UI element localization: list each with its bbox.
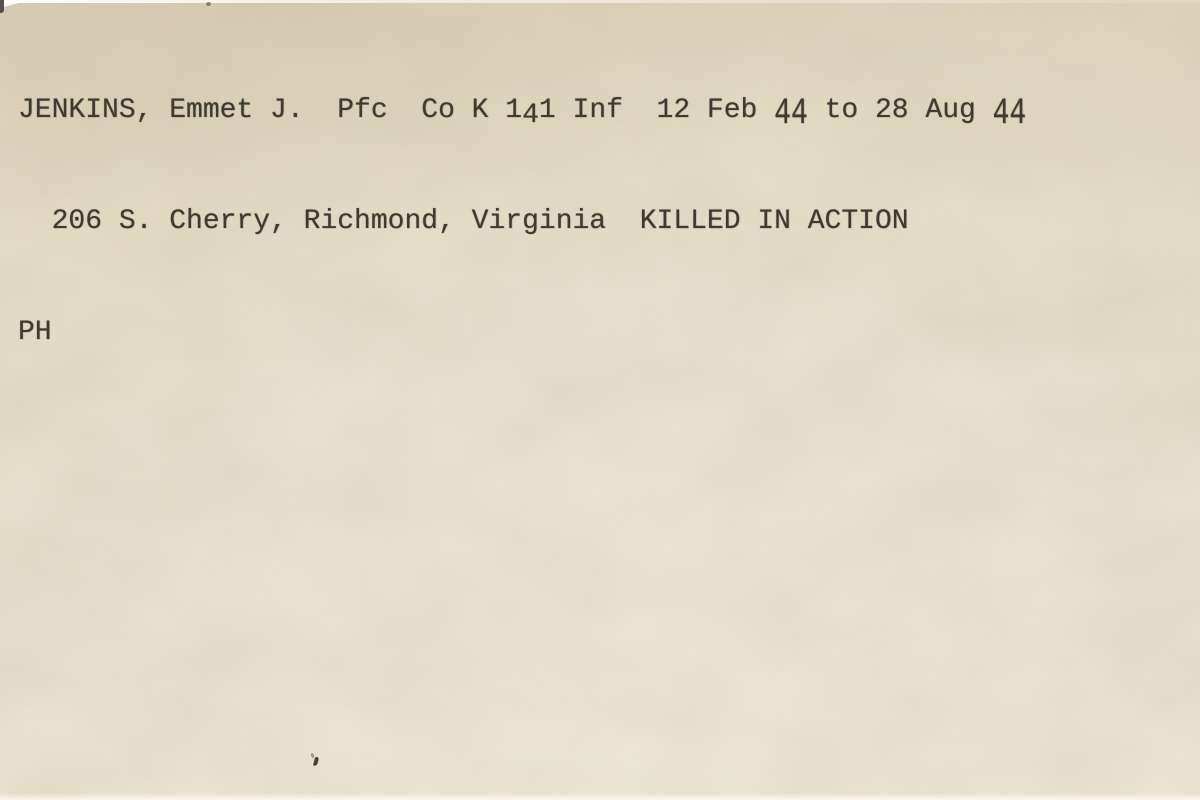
top-edge-speck: [206, 2, 211, 6]
dropped-four-glyph: 4: [522, 97, 539, 134]
scan-edge-corner-wedge: [0, 0, 30, 8]
service-line-text: to 28 Aug: [808, 95, 993, 126]
corner-ink-mark: [0, 0, 4, 13]
year-44-glyph: 44: [774, 90, 808, 139]
award-line: PH: [18, 314, 1026, 351]
scan-edge-bottom: [0, 793, 1200, 800]
scan-edge-top: [0, 0, 1200, 3]
service-line-text: JENKINS, Emmet J. Pfc Co K 1: [18, 95, 522, 126]
service-line-text: 1 Inf 12 Feb: [539, 95, 774, 126]
typed-text-block: JENKINS, Emmet J. Pfc Co K 141 Inf 12 Fe…: [18, 18, 1026, 425]
ink-speck: [313, 757, 319, 767]
address-status-line: 206 S. Cherry, Richmond, Virginia KILLED…: [18, 203, 1026, 240]
service-line: JENKINS, Emmet J. Pfc Co K 141 Inf 12 Fe…: [18, 92, 1026, 129]
year-44-glyph: 44: [993, 90, 1027, 139]
index-card: JENKINS, Emmet J. Pfc Co K 141 Inf 12 Fe…: [0, 0, 1200, 800]
